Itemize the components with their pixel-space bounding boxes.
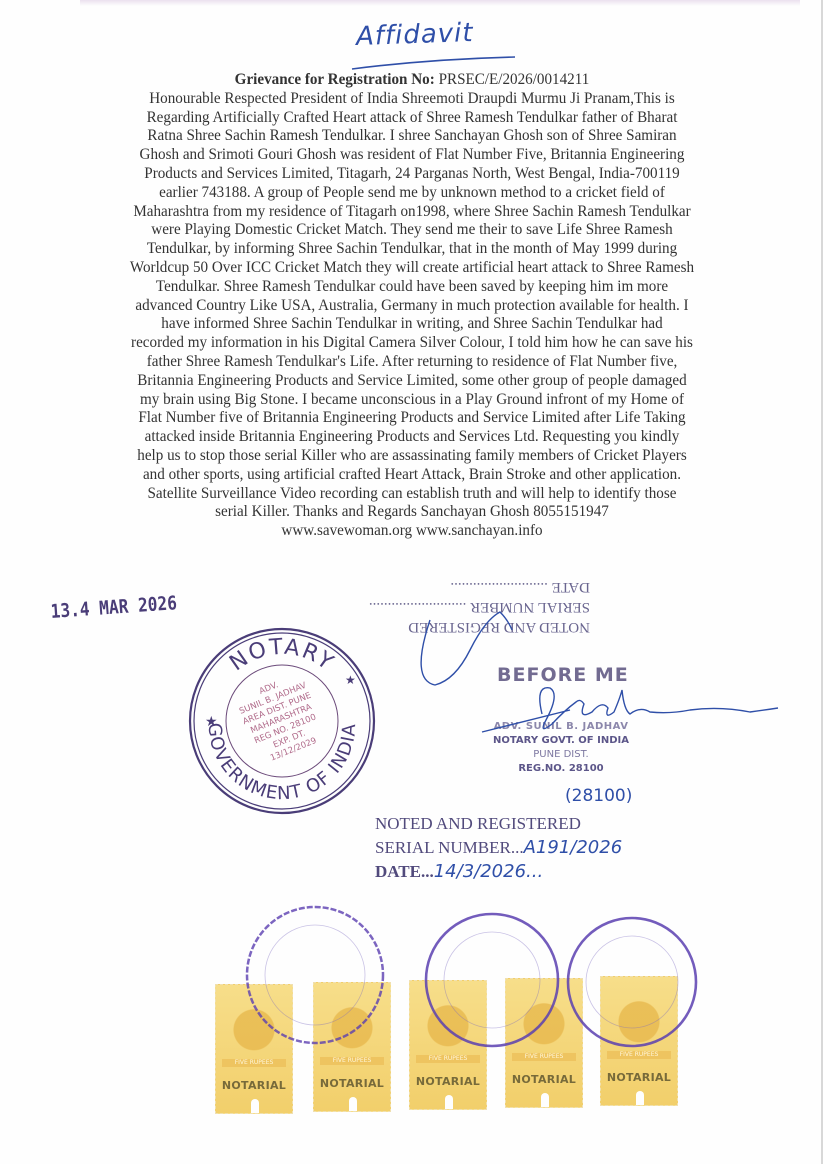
body-line: attacked inside Britannia Engineering Pr… bbox=[73, 428, 752, 447]
body-line: Honourable Respected President of India … bbox=[73, 90, 752, 109]
stamp-label: NOTARIAL bbox=[410, 1075, 486, 1088]
inverted-stamp-line: SERIAL NUMBER .......................... bbox=[350, 597, 590, 617]
body-line: recorded my information in his Digital C… bbox=[73, 334, 752, 353]
notarial-stamp: FIVE RUPEESNOTARIAL bbox=[215, 984, 293, 1114]
body-line: Tendulkar. Shree Ramesh Tendulkar could … bbox=[73, 278, 752, 297]
body-line: Ghosh and Srimoti Gouri Ghosh was reside… bbox=[73, 146, 752, 165]
stamp-label: NOTARIAL bbox=[216, 1079, 292, 1092]
body-line: Maharashtra from my residence of Titagar… bbox=[73, 203, 752, 222]
body-line: serial Killer. Thanks and Regards Sancha… bbox=[73, 503, 752, 522]
stamp-denomination: FIVE RUPEES bbox=[320, 1057, 384, 1065]
notary-district: PUNE DIST. bbox=[476, 748, 646, 762]
stamp-denomination: FIVE RUPEES bbox=[416, 1055, 480, 1063]
serial-number-label: SERIAL NUMBER... bbox=[375, 838, 524, 857]
body-line: my brain using Big Stone. I became uncon… bbox=[73, 391, 752, 410]
body-line: were Playing Domestic Cricket Match. The… bbox=[73, 221, 752, 240]
stamp-notch bbox=[636, 1091, 644, 1105]
inverted-stamp-line: DATE .......................... bbox=[350, 577, 590, 597]
stamp-notch bbox=[541, 1093, 549, 1107]
svg-text:NOTARY: NOTARY bbox=[225, 635, 339, 677]
body-line: earlier 743188. A group of People send m… bbox=[73, 184, 752, 203]
stamp-denomination: FIVE RUPEES bbox=[222, 1059, 286, 1067]
body-line: Satellite Surveillance Video recording c… bbox=[73, 485, 752, 504]
body-line: and other sports, using artificial craft… bbox=[73, 466, 752, 485]
body-line: have informed Shree Sachin Tendulkar in … bbox=[73, 315, 752, 334]
stamp-notch bbox=[445, 1095, 453, 1109]
svg-text:★: ★ bbox=[205, 714, 218, 730]
heading-label: Grievance for Registration No: bbox=[235, 71, 435, 88]
body-line: Products and Services Limited, Titagarh,… bbox=[73, 165, 752, 184]
stamp-denomination: FIVE RUPEES bbox=[512, 1053, 576, 1061]
stamp-notch bbox=[251, 1099, 259, 1113]
registration-number: PRSEC/E/2026/0014211 bbox=[439, 71, 590, 88]
notary-name: ADV. SUNIL B. JADHAV bbox=[476, 720, 646, 734]
body-line: Ratna Shree Sachin Ramesh Tendulkar. I s… bbox=[73, 127, 752, 146]
serial-number-value: A191/2026 bbox=[524, 837, 623, 858]
date-stamp: 13.4 MAR 2026 bbox=[50, 592, 178, 623]
body-line: father Shree Ramesh Tendulkar's Life. Af… bbox=[73, 353, 752, 372]
notary-details-stamp: ADV. SUNIL B. JADHAV NOTARY GOVT. OF IND… bbox=[476, 720, 646, 776]
body-line: Regarding Artificially Crafted Heart att… bbox=[73, 109, 752, 128]
grievance-body: Grievance for Registration No: PRSEC/E/2… bbox=[73, 71, 752, 541]
noted-registered-label: NOTED AND REGISTERED bbox=[375, 812, 622, 836]
grievance-heading: Grievance for Registration No: PRSEC/E/2… bbox=[73, 71, 752, 90]
handwritten-title: Affidavit bbox=[356, 18, 475, 52]
inverted-stamp-line: NOTED AND REGISTERED bbox=[350, 617, 590, 637]
body-line: Worldcup 50 Over ICC Cricket Match they … bbox=[73, 259, 752, 278]
notary-seal: NOTARY GOVERNMENT OF INDIA ★ ★ ADV.SUNIL… bbox=[187, 626, 377, 816]
stamp-label: NOTARIAL bbox=[506, 1073, 582, 1086]
notarial-stamp: FIVE RUPEESNOTARIAL bbox=[505, 978, 583, 1108]
inverted-registered-stamp: NOTED AND REGISTEREDSERIAL NUMBER ......… bbox=[350, 577, 590, 637]
body-line: www.savewoman.org www.sanchayan.info bbox=[73, 522, 752, 541]
scan-bleed bbox=[80, 0, 800, 6]
notary-title: NOTARY GOVT. OF INDIA bbox=[476, 734, 646, 748]
notarial-stamp: FIVE RUPEESNOTARIAL bbox=[409, 980, 487, 1110]
stamp-notch bbox=[349, 1097, 357, 1111]
before-me-stamp: BEFORE ME bbox=[497, 664, 629, 686]
handwritten-reg-number: (28100) bbox=[565, 786, 632, 806]
stamp-label: NOTARIAL bbox=[314, 1077, 390, 1090]
revenue-stamps-row: FIVE RUPEESNOTARIALFIVE RUPEESNOTARIALFI… bbox=[215, 982, 695, 1102]
body-lines: Honourable Respected President of India … bbox=[73, 90, 752, 541]
notarial-stamp: FIVE RUPEESNOTARIAL bbox=[600, 976, 678, 1106]
body-line: Tendulkar, by informing Shree Sachin Ten… bbox=[73, 240, 752, 259]
notary-reg-no: REG.NO. 28100 bbox=[476, 762, 646, 776]
svg-text:★: ★ bbox=[345, 673, 356, 687]
body-line: advanced Country Like USA, Australia, Ge… bbox=[73, 297, 752, 316]
date-label: DATE... bbox=[375, 862, 434, 881]
notarial-stamp: FIVE RUPEESNOTARIAL bbox=[313, 982, 391, 1112]
stamp-label: NOTARIAL bbox=[601, 1071, 677, 1084]
date-value: 14/3/2026... bbox=[434, 861, 543, 882]
body-line: help us to stop those serial Killer who … bbox=[73, 447, 752, 466]
affidavit-page: Affidavit Grievance for Registration No:… bbox=[0, 0, 823, 1164]
body-line: Flat Number five of Britannia Engineerin… bbox=[73, 409, 752, 428]
noted-registered-stamp: NOTED AND REGISTERED SERIAL NUMBER...A19… bbox=[375, 812, 622, 884]
stamp-denomination: FIVE RUPEES bbox=[607, 1051, 671, 1059]
body-line: Britannia Engineering Products and Servi… bbox=[73, 372, 752, 391]
